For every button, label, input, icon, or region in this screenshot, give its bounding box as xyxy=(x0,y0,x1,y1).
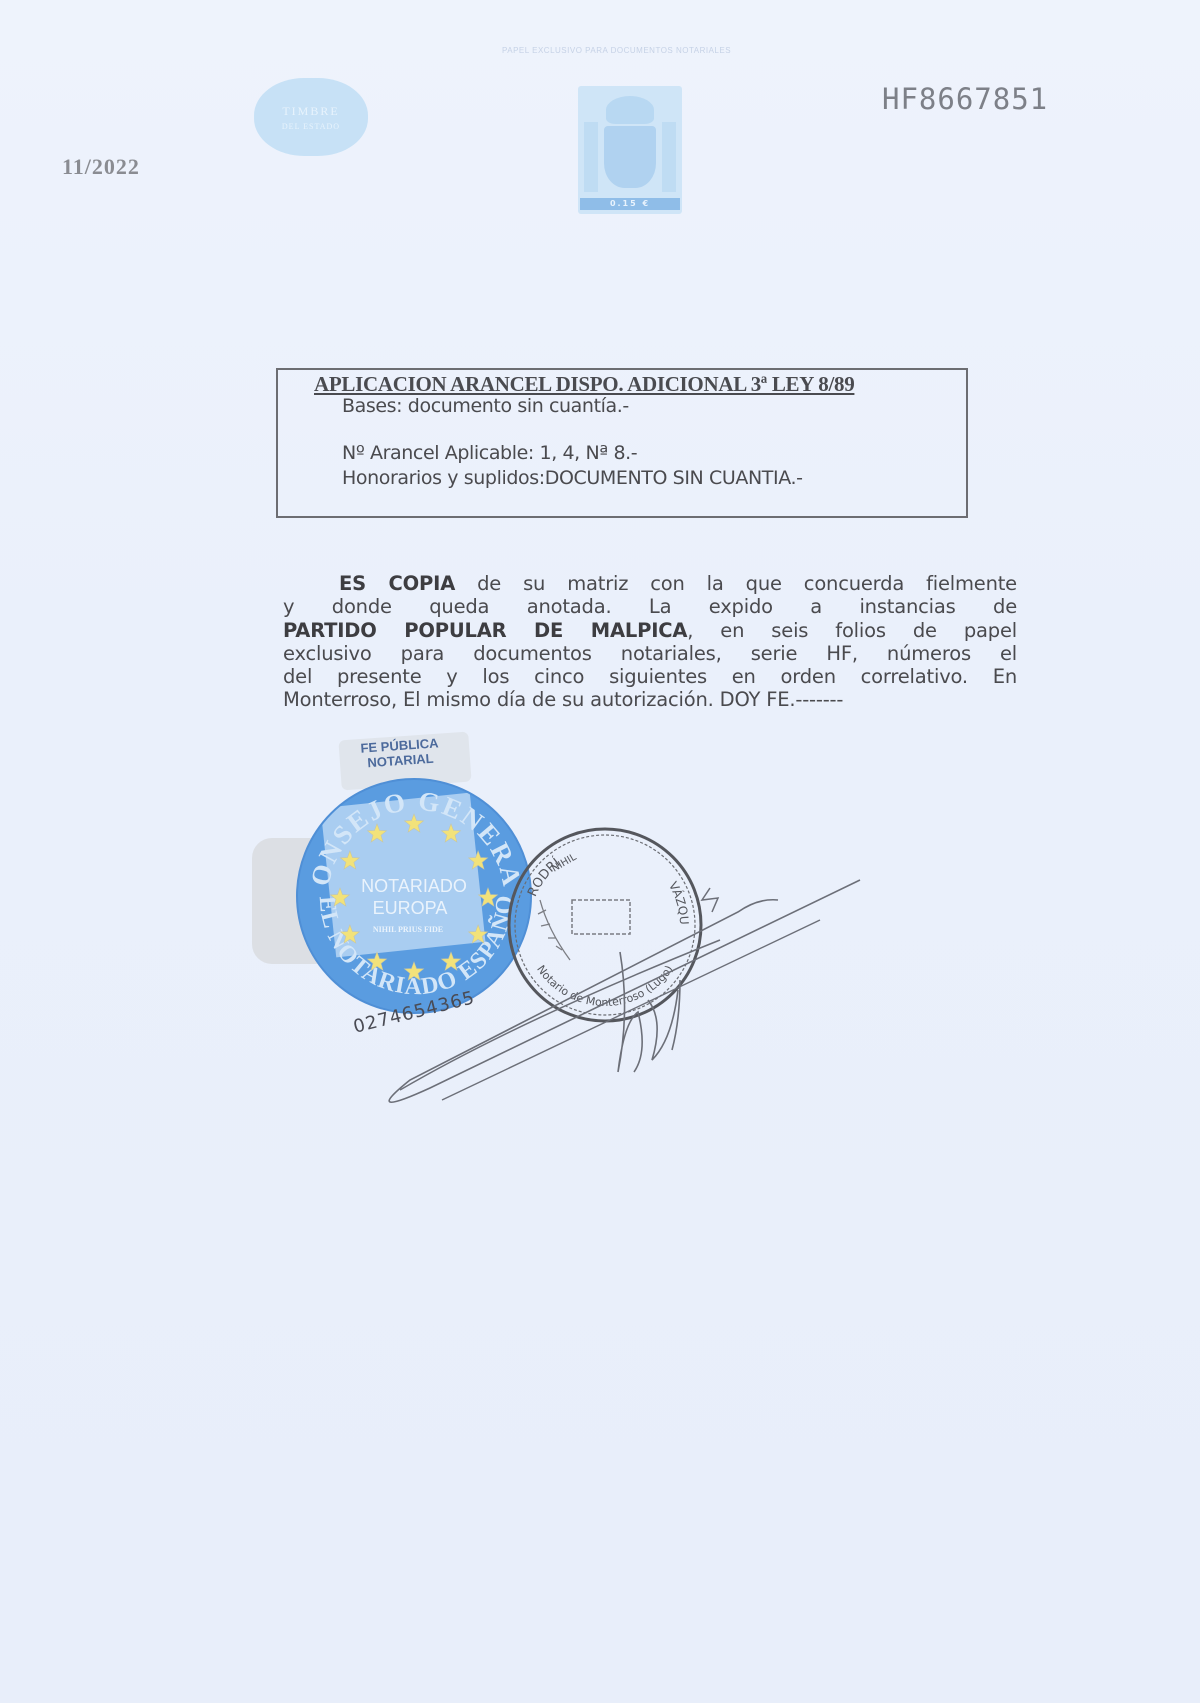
cert-line: ES COPIA de su matriz con la que concuer… xyxy=(283,572,1017,595)
cert-line: PARTIDO POPULAR DE MALPICA, en seis foli… xyxy=(283,619,1017,642)
tariff-title: APLICACION ARANCEL DISPO. ADICIONAL 3ª L… xyxy=(314,372,854,397)
cert-line: y donde queda anotada. La expido a insta… xyxy=(283,595,1017,618)
cert-text: de su matriz con la que concuerda fielme… xyxy=(455,572,1017,595)
paper-watermark: PAPEL EXCLUSIVO PARA DOCUMENTOS NOTARIAL… xyxy=(502,46,731,55)
cert-text: exclusivo para documentos notariales, se… xyxy=(283,642,1017,665)
cert-text: del presente y los cinco siguientes en o… xyxy=(283,665,1017,688)
date-code: 11/2022 xyxy=(62,154,140,180)
cert-line: exclusivo para documentos notariales, se… xyxy=(283,642,1017,665)
timbre-del-estado-icon: TIMBRE DEL ESTADO xyxy=(254,78,368,156)
document-serial-number: HF8667851 xyxy=(882,82,1048,116)
pillar-right xyxy=(662,122,676,192)
certification-paragraph: ES COPIA de su matriz con la que concuer… xyxy=(283,572,1017,712)
cert-bold: ES COPIA xyxy=(339,572,455,595)
tariff-arancel: Nº Arancel Aplicable: 1, 4, Nª 8.- xyxy=(342,442,637,464)
coat-band: 0.15 € xyxy=(580,198,680,210)
notary-signature xyxy=(380,860,880,1190)
notarial-document-page: PAPEL EXCLUSIVO PARA DOCUMENTOS NOTARIAL… xyxy=(0,0,1200,1703)
cert-line: del presente y los cinco siguientes en o… xyxy=(283,665,1017,688)
crown-icon xyxy=(606,96,654,124)
shield-icon xyxy=(604,126,656,188)
timbre-line1: TIMBRE xyxy=(282,104,339,119)
tariff-honorarios: Honorarios y suplidos:DOCUMENTO SIN CUAN… xyxy=(342,467,803,489)
pillar-left xyxy=(584,122,598,192)
tariff-bases: Bases: documento sin cuantía.- xyxy=(342,395,629,417)
spanish-coat-of-arms-icon: 0.15 € xyxy=(578,86,682,214)
cert-text: y donde queda anotada. La expido a insta… xyxy=(283,595,1017,618)
cert-text: Monterroso, El mismo día de su autorizac… xyxy=(283,688,843,711)
tariff-box: APLICACION ARANCEL DISPO. ADICIONAL 3ª L… xyxy=(276,368,968,518)
cert-line: Monterroso, El mismo día de su autorizac… xyxy=(283,688,1017,711)
cert-bold: PARTIDO POPULAR DE MALPICA xyxy=(283,619,687,642)
timbre-line2: DEL ESTADO xyxy=(282,122,340,131)
cert-text: , en seis folios de papel xyxy=(687,619,1017,642)
